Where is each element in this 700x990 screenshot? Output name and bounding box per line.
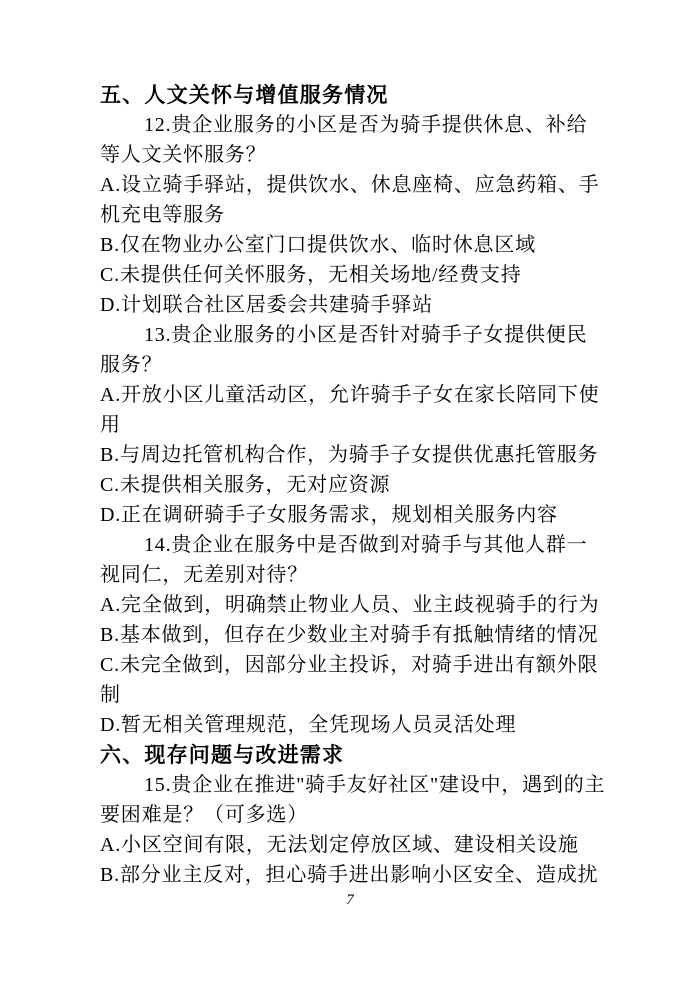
- page-number: 7: [0, 890, 700, 910]
- text-line: B.部分业主反对，担心骑手进出影响小区安全、造成扰: [100, 860, 612, 890]
- section-heading: 六、现存问题与改进需求: [100, 740, 612, 770]
- text-line: 要困难是？（可多选）: [100, 800, 612, 830]
- text-line: 13.贵企业服务的小区是否针对骑手子女提供便民: [100, 320, 612, 350]
- text-line: A.小区空间有限，无法划定停放区域、建设相关设施: [100, 830, 612, 860]
- text-line: 等人文关怀服务？: [100, 140, 612, 170]
- text-line: A.完全做到，明确禁止物业人员、业主歧视骑手的行为: [100, 590, 612, 620]
- document-body: 五、人文关怀与增值服务情况12.贵企业服务的小区是否为骑手提供休息、补给等人文关…: [100, 80, 612, 890]
- text-line: 视同仁，无差别对待？: [100, 560, 612, 590]
- text-line: 14.贵企业在服务中是否做到对骑手与其他人群一: [100, 530, 612, 560]
- text-line: B.基本做到，但存在少数业主对骑手有抵触情绪的情况: [100, 620, 612, 650]
- text-line: C.未提供任何关怀服务，无相关场地/经费支持: [100, 260, 612, 290]
- text-line: D.正在调研骑手子女服务需求，规划相关服务内容: [100, 500, 612, 530]
- text-line: 制: [100, 680, 612, 710]
- text-line: B.与周边托管机构合作，为骑手子女提供优惠托管服务: [100, 440, 612, 470]
- text-line: A.开放小区儿童活动区，允许骑手子女在家长陪同下使: [100, 380, 612, 410]
- text-line: B.仅在物业办公室门口提供饮水、临时休息区域: [100, 230, 612, 260]
- text-line: A.设立骑手驿站，提供饮水、休息座椅、应急药箱、手: [100, 170, 612, 200]
- text-line: 用: [100, 410, 612, 440]
- text-line: D.计划联合社区居委会共建骑手驿站: [100, 290, 612, 320]
- text-line: C.未提供相关服务，无对应资源: [100, 470, 612, 500]
- text-line: 15.贵企业在推进"骑手友好社区"建设中，遇到的主: [100, 770, 612, 800]
- text-line: 服务？: [100, 350, 612, 380]
- text-line: D.暂无相关管理规范，全凭现场人员灵活处理: [100, 710, 612, 740]
- section-heading: 五、人文关怀与增值服务情况: [100, 80, 612, 110]
- text-line: C.未完全做到，因部分业主投诉，对骑手进出有额外限: [100, 650, 612, 680]
- text-line: 12.贵企业服务的小区是否为骑手提供休息、补给: [100, 110, 612, 140]
- document-page: 五、人文关怀与增值服务情况12.贵企业服务的小区是否为骑手提供休息、补给等人文关…: [0, 0, 700, 990]
- text-line: 机充电等服务: [100, 200, 612, 230]
